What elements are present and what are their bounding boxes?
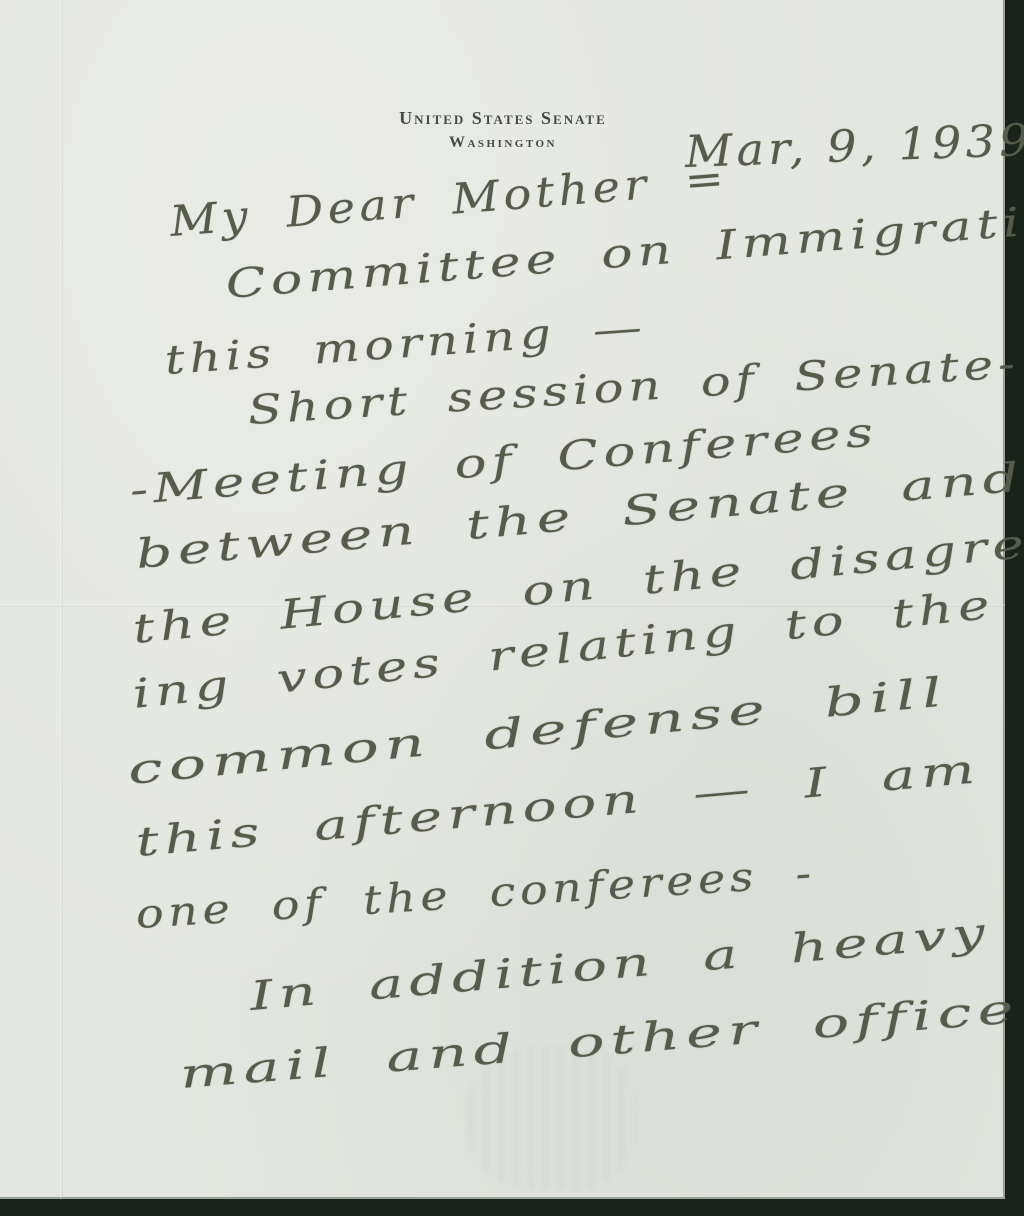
letterhead-organization: United States Senate bbox=[303, 108, 703, 129]
letterhead-city: Washington bbox=[303, 134, 703, 152]
handwritten-date: Mar, 9, 1939- bbox=[684, 115, 1024, 178]
letterhead: United States Senate Washington bbox=[303, 108, 703, 152]
handwritten-line: one of the conferees - bbox=[135, 850, 817, 937]
vertical-fold-crease bbox=[60, 0, 63, 1199]
scanned-letter-page: United States Senate Washington Mar, 9, … bbox=[0, 0, 1005, 1199]
